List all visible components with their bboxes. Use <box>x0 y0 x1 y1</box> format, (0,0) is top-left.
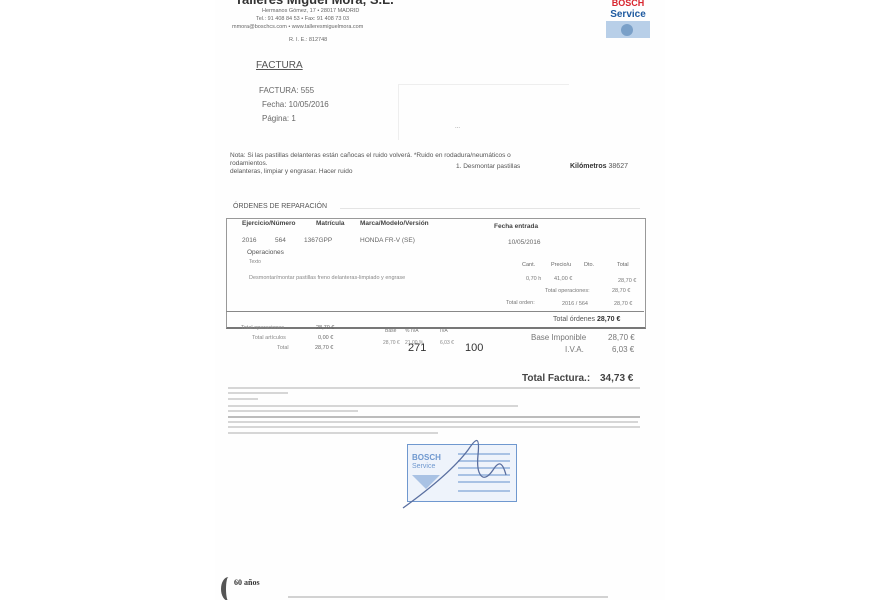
summary-articles-value: 0,00 € <box>318 335 333 341</box>
op-col-total: Total <box>617 262 629 268</box>
tax-base: 28,70 € <box>383 340 400 346</box>
orders-box <box>226 218 646 329</box>
company-address: Hermanos Gómez, 17 • 28017 MADRID <box>262 8 359 14</box>
kilometers-value: 38627 <box>609 163 628 170</box>
total-operations-value: 28,70 € <box>612 288 630 294</box>
iva-label: I.V.A. <box>565 345 584 354</box>
col-plate: Matrícula <box>316 220 345 227</box>
invoice-number: FACTURA: 555 <box>259 86 314 95</box>
company-web: mmora@boschcs.com • www.talleresmiguelmo… <box>232 24 363 30</box>
col-entry-date: Fecha entrada <box>494 223 538 230</box>
company-phone: Tel.: 91 408 84 53 • Fax: 91 408 73 03 <box>256 16 349 22</box>
summary-articles-label: Total artículos <box>252 335 286 341</box>
legal-text-line <box>228 392 288 394</box>
note-line-2: rodamientos. <box>230 160 268 167</box>
logo-badge-icon <box>606 21 650 38</box>
legal-text-line <box>228 410 358 412</box>
tax-col-iva: IVA <box>440 328 448 334</box>
total-orders-value: 28,70 € <box>597 316 620 323</box>
invoice-page: Página: 1 <box>262 114 296 123</box>
section-divider <box>340 208 640 209</box>
note-line-3: delanteras, limpiar y engrasar. Hacer ru… <box>230 168 352 175</box>
grand-total-label: Total Factura.: <box>522 373 590 384</box>
legal-text-line <box>228 426 640 428</box>
summary-operations-value: 28,70 € <box>316 325 334 331</box>
operation-total: 28,70 € <box>618 278 636 284</box>
order-number: 564 <box>275 237 286 244</box>
total-order-label: Total orden: <box>506 300 535 306</box>
company-name: Talleres Miguel Mora, S.L. <box>235 0 394 7</box>
logo-brand: BOSCH <box>606 0 650 8</box>
total-orders: Total órdenes 28,70 € <box>553 316 620 323</box>
total-order-ref: 2016 / 564 <box>562 301 588 307</box>
op-col-discount: Dto. <box>584 262 594 268</box>
customer-address-placeholder: ... <box>455 124 460 130</box>
order-year: 2016 <box>242 237 256 244</box>
col-exercise-number: Ejercicio/Número <box>242 220 295 227</box>
tax-col-rate: % IVA <box>405 328 419 334</box>
op-col-price: Precio/u <box>551 262 571 268</box>
legal-text-line <box>228 421 638 423</box>
note-step: 1. Desmontar pastillas <box>456 163 520 170</box>
signature-icon <box>398 430 538 515</box>
col-vehicle: Marca/Modelo/Versión <box>360 220 429 227</box>
legal-text-line <box>228 398 258 400</box>
anniversary-text: 60 años <box>234 578 260 587</box>
summary-operations-label: Total operaciones <box>241 325 284 331</box>
order-plate: 1367GPP <box>304 237 332 244</box>
kilometers: Kilómetros 38627 <box>570 163 628 170</box>
iva-value: 6,03 € <box>612 345 634 354</box>
tax-col-base: Base <box>385 328 396 334</box>
total-orders-label: Total órdenes <box>553 316 595 323</box>
orders-divider <box>226 311 644 312</box>
bosch-service-logo: BOSCH Service <box>606 0 650 38</box>
operations-label: Operaciones <box>247 249 284 256</box>
operation-price: 41,00 € <box>554 276 572 282</box>
customer-address-box <box>398 84 569 140</box>
total-operations-label: Total operaciones: <box>545 288 590 294</box>
legal-text-line <box>228 387 640 389</box>
company-tax-id: R. I. E.: 812748 <box>289 37 327 43</box>
invoice-title: FACTURA <box>256 60 303 71</box>
legal-text-line <box>228 416 640 418</box>
order-entry-date: 10/05/2016 <box>508 239 541 246</box>
summary-total-value: 28,70 € <box>315 345 333 351</box>
summary-total-label: Total <box>277 345 289 351</box>
note-line-1: Nota: Si las pastillas delanteras están … <box>230 152 511 159</box>
operation-description: Desmontar/montar pastillas freno delante… <box>249 275 405 281</box>
text-label: Texto <box>249 259 261 265</box>
total-order-value: 28,70 € <box>614 301 632 307</box>
operation-qty: 0,70 h <box>526 276 541 282</box>
kilometers-label: Kilómetros <box>570 163 607 170</box>
op-col-qty: Cant. <box>522 262 535 268</box>
order-vehicle: HONDA FR-V (SE) <box>360 237 415 244</box>
coord-readout-y: 100 <box>465 342 483 354</box>
anniversary-badge: 60 años <box>221 575 273 600</box>
grand-total-value: 34,73 € <box>600 373 633 384</box>
tax-iva: 6,03 € <box>440 340 454 346</box>
logo-service: Service <box>606 9 650 20</box>
footer-text-line <box>288 596 608 598</box>
legal-text-line <box>228 405 518 407</box>
invoice-date: Fecha: 10/05/2016 <box>262 100 329 109</box>
orders-section-title: ÓRDENES DE REPARACIÓN <box>233 203 327 210</box>
coord-readout-x: 271 <box>408 342 426 354</box>
taxable-base-value: 28,70 € <box>608 333 635 342</box>
taxable-base-label: Base Imponible <box>531 333 586 342</box>
